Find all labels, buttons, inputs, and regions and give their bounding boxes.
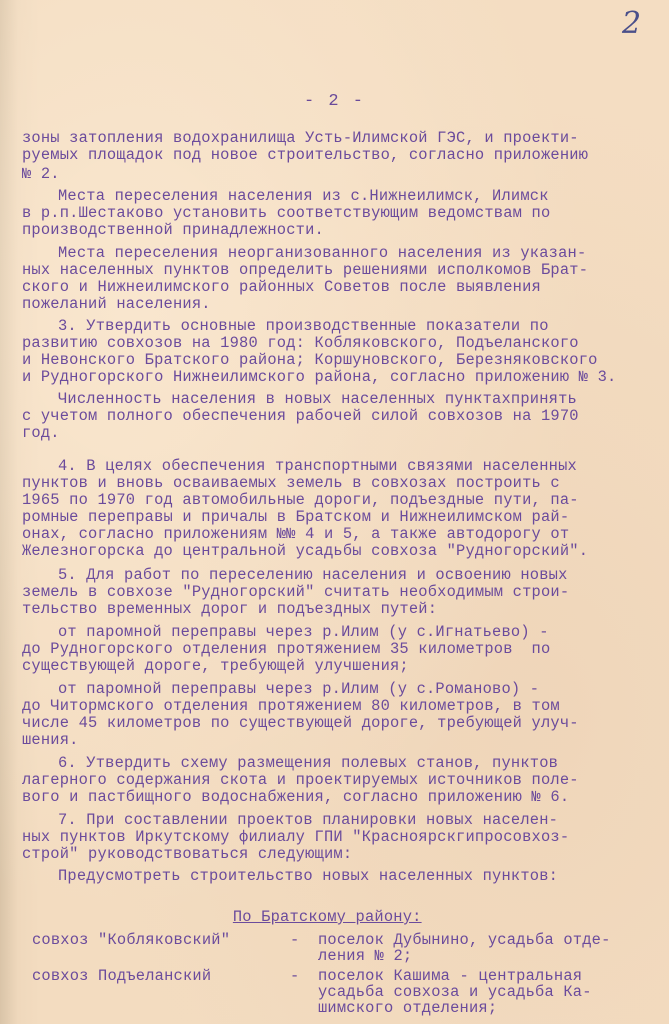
- text-line: 7. При составлении проектов планировки н…: [58, 812, 558, 828]
- sovkhoz-name: совхоз "Кобляковский": [32, 932, 230, 948]
- text-line: шения.: [22, 732, 79, 748]
- text-line: онах, согласно приложениям №№ 4 и 5, а т…: [22, 526, 569, 542]
- text-line: числе 45 километров по существующей доро…: [22, 715, 579, 731]
- text-line: ных населенных пунктов определить решени…: [22, 262, 588, 278]
- text-line: Места переселения неорганизованного насе…: [58, 245, 586, 261]
- text-line: строй" руководствоваться следующим:: [22, 846, 352, 862]
- text-line: год.: [22, 425, 60, 441]
- settlement-description: ления № 2;: [318, 948, 412, 964]
- section-heading-text: По Братскому району:: [233, 908, 422, 926]
- text-line: 5. Для работ по переселению населения и …: [58, 567, 568, 583]
- text-line: 3. Утвердить основные производственные п…: [58, 318, 549, 334]
- sovkhoz-name: совхоз Подъеланский: [32, 968, 211, 984]
- dash-separator: -: [290, 932, 299, 948]
- typed-page-number: - 2 -: [0, 92, 669, 111]
- text-line: ского и Нижнеилимского районных Советов …: [22, 279, 541, 295]
- text-line: лагерного содержания скота и проектируем…: [22, 772, 579, 788]
- text-line: Железногорска до центральной усадьбы сов…: [22, 543, 588, 559]
- text-line: ромные переправы и причалы в Братском и …: [22, 509, 569, 525]
- text-line: Места переселения населения из с.Нижнеил…: [58, 188, 549, 204]
- settlement-description: шимского отделения;: [318, 1000, 497, 1016]
- text-line: зоны затопления водохранилища Усть-Илимс…: [22, 130, 579, 146]
- text-line: пунктов и вновь осваиваемых земель в сов…: [22, 475, 560, 491]
- text-line: до Рудногорского отделения протяжением 3…: [22, 641, 550, 657]
- text-line: Предусмотреть строительство новых населе…: [58, 868, 558, 884]
- text-line: тельство временных дорог и подъездных пу…: [22, 601, 437, 617]
- text-line: и Невонского Братского района; Коршуновс…: [22, 352, 598, 368]
- text-line: 6. Утвердить схему размещения полевых ст…: [58, 755, 558, 771]
- text-line: 1965 по 1970 год автомобильные дороги, п…: [22, 492, 579, 508]
- text-line: и Рудногорского Нижнеилимского района, с…: [22, 369, 616, 385]
- text-line: от паромной переправы через р.Илим (у с.…: [58, 624, 549, 640]
- text-line: с учетом полного обеспечения рабочей сил…: [22, 408, 579, 424]
- text-line: в р.п.Шестаково установить соответствующ…: [22, 205, 550, 221]
- text-line: существующей дороге, требующей улучшения…: [22, 658, 409, 674]
- settlement-description: поселок Дубынино, усадьба отде-: [318, 932, 611, 948]
- dash-separator: -: [290, 968, 299, 984]
- text-line: производственной принадлежности.: [22, 222, 324, 238]
- handwritten-page-number: 2: [622, 6, 641, 41]
- text-line: Численность населения в новых населенных…: [58, 391, 577, 407]
- text-line: земель в совхозе "Рудногорский" считать …: [22, 584, 569, 600]
- text-line: пожеланий населения.: [22, 296, 211, 312]
- text-line: вого и пастбищного водоснабжения, соглас…: [22, 789, 569, 805]
- text-line: № 2.: [22, 166, 60, 182]
- text-line: от паромной переправы через р.Илим (у с.…: [58, 681, 539, 697]
- text-line: руемых площадок под новое строительство,…: [22, 147, 588, 163]
- text-line: 4. В целях обеспечения транспортными свя…: [58, 458, 577, 474]
- section-heading: По Братскому району:: [214, 893, 422, 925]
- settlement-description: поселок Кашима - центральная: [318, 968, 582, 984]
- text-line: ных пунктов Иркутскому филиалу ГПИ "Крас…: [22, 829, 569, 845]
- settlement-description: усадьба совхоза и усадьба Ка-: [318, 984, 592, 1000]
- text-line: развитию совхозов на 1980 год: Кобляковс…: [22, 335, 579, 351]
- text-line: до Читормского отделения протяжением 80 …: [22, 698, 560, 714]
